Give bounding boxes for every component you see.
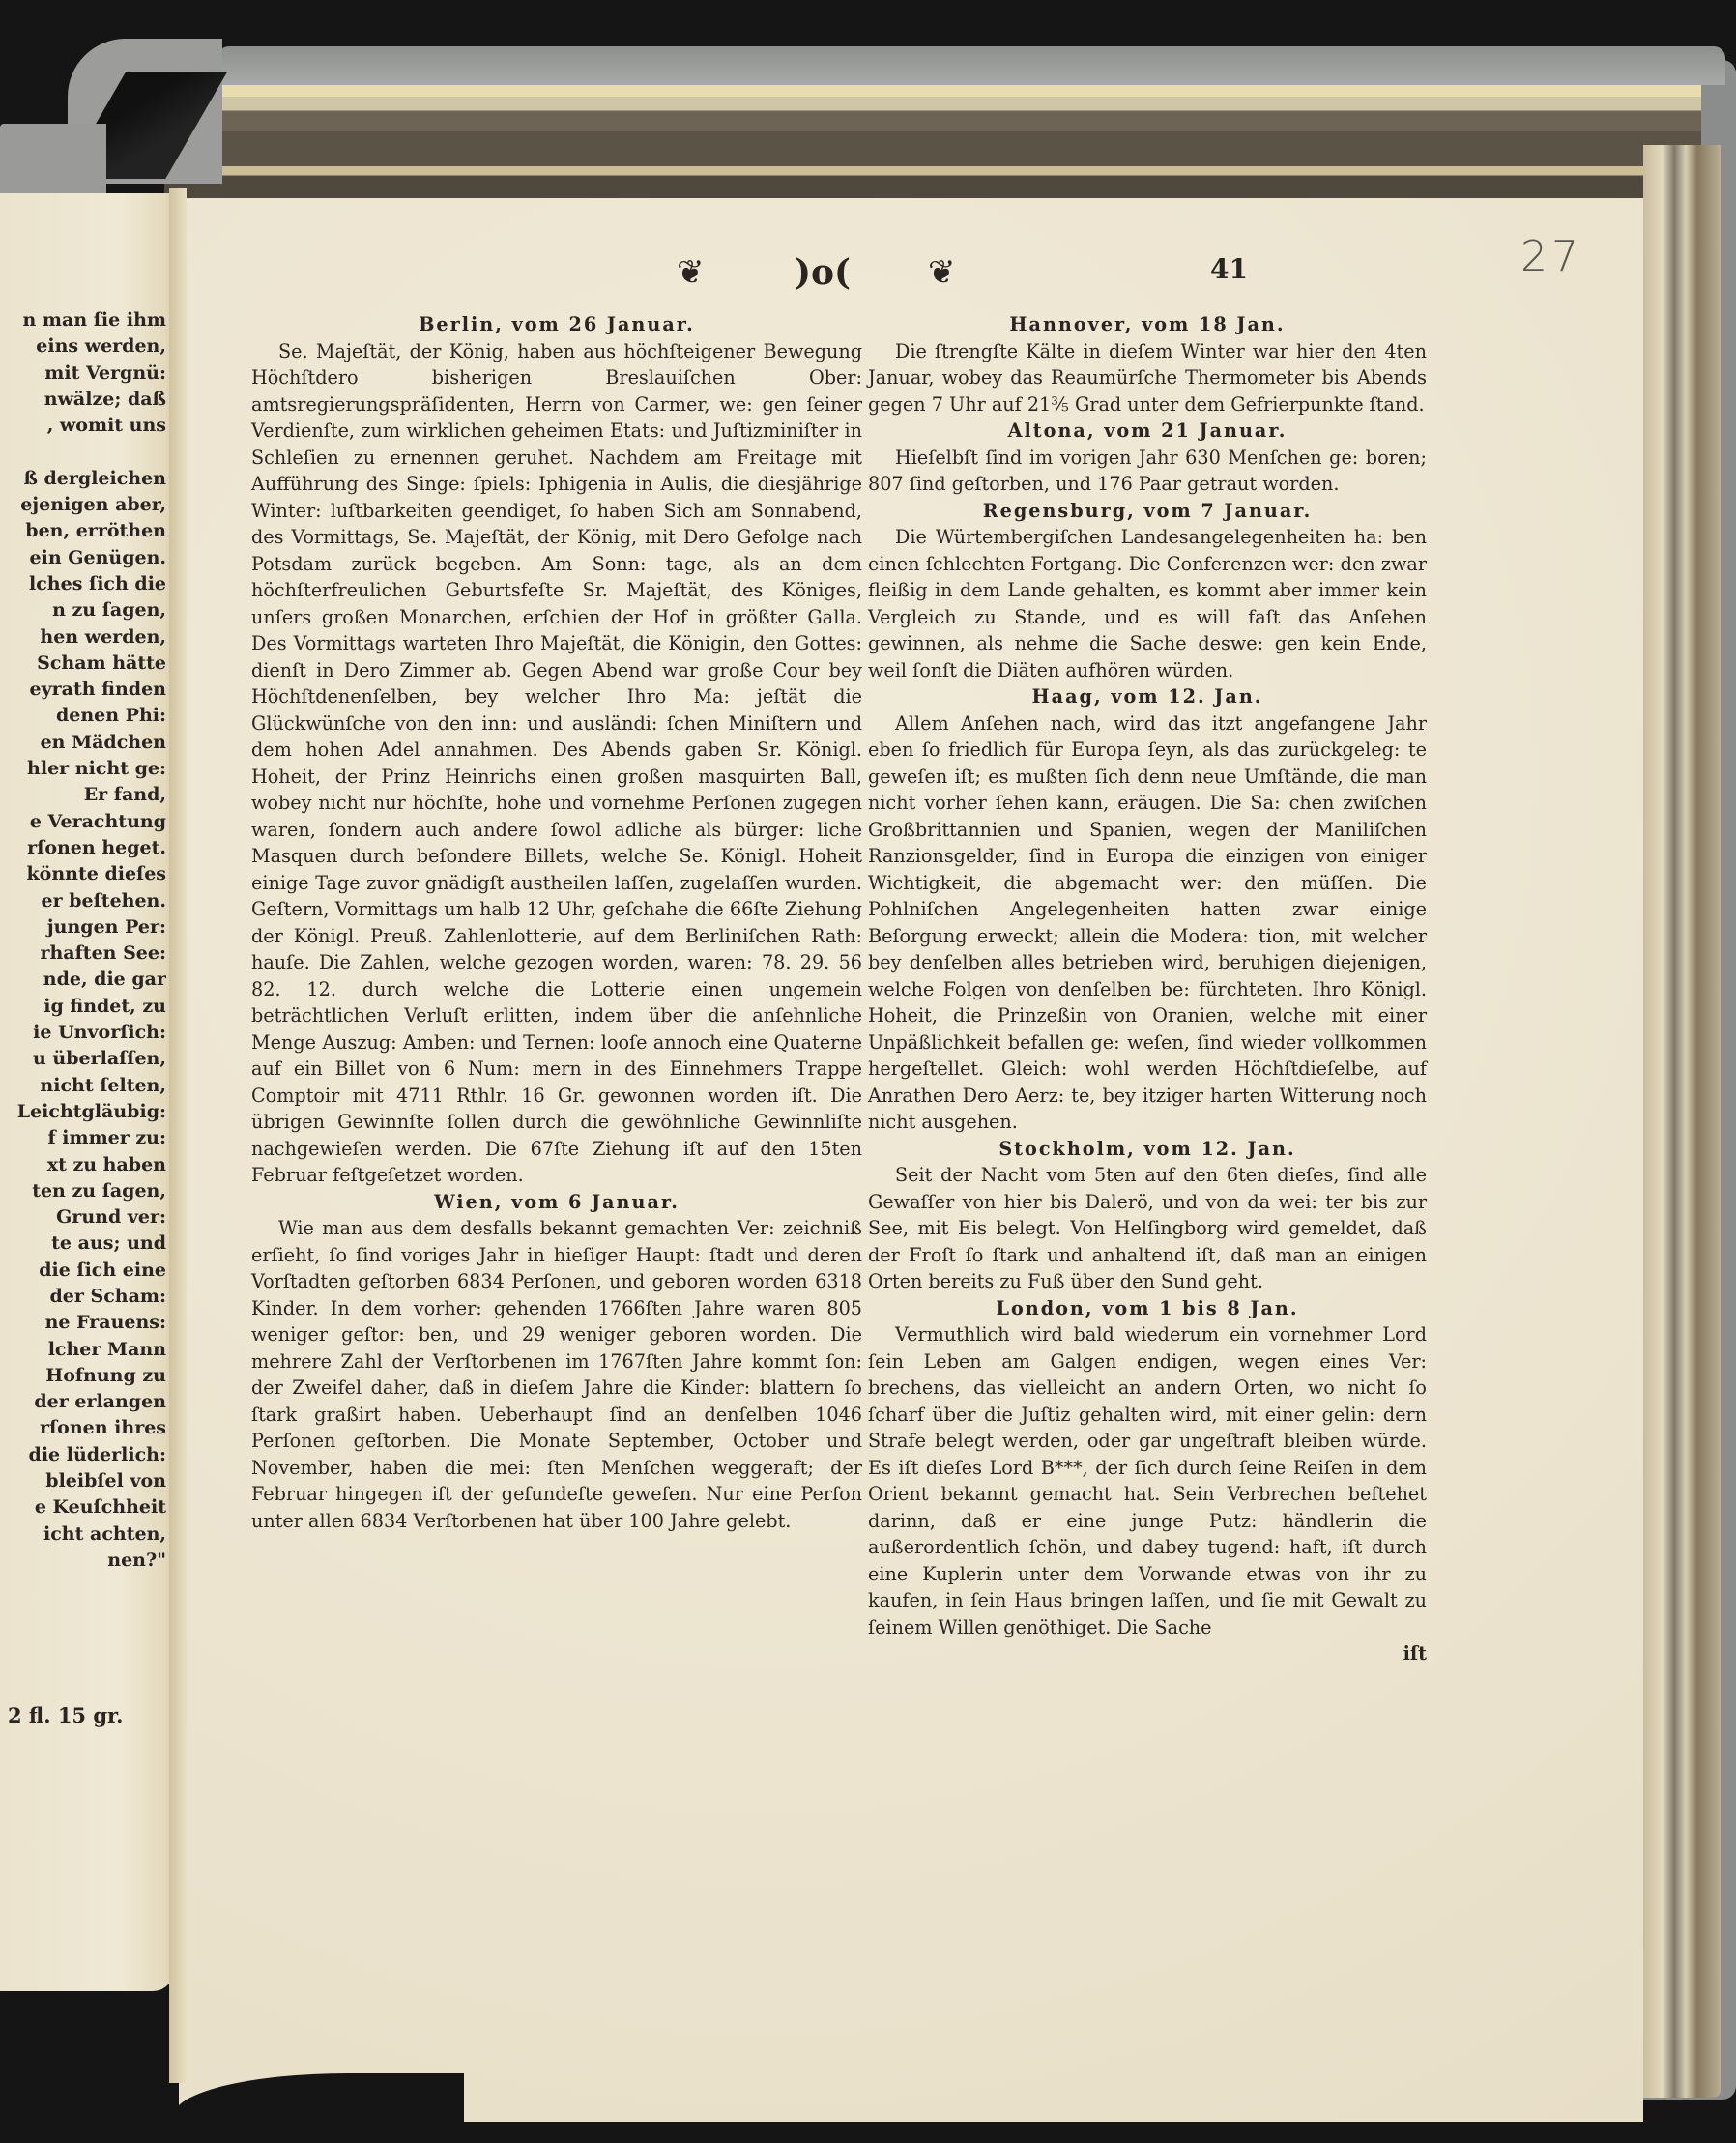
article-dateline: Berlin, vom 26 Januar.: [251, 311, 862, 338]
header-ornaments: ❦ )o( ❦: [677, 253, 986, 302]
fragment-line: rhaften See:: [0, 941, 166, 967]
page-edges-right: [1643, 145, 1721, 2098]
fragment-line: nwälze; daß: [0, 387, 166, 413]
price-line: 2 fl. 15 gr.: [8, 1703, 123, 1727]
article-paragraph: Die ſtrengſte Kälte in dieſem Winter war…: [868, 338, 1427, 419]
page-block-top-edge: [164, 85, 1701, 201]
article-paragraph: Die Würtembergiſchen Landesangelegenheit…: [868, 524, 1427, 683]
fragment-line: e Keuſchheit: [0, 1494, 166, 1520]
article-dateline: Regensburg, vom 7 Januar.: [868, 498, 1427, 525]
book-cover-left: [0, 124, 106, 201]
fragment-line: xt zu haben: [0, 1152, 166, 1178]
fragment-line: eyrath finden: [0, 677, 166, 703]
shell-ornament-icon: ❦: [677, 253, 705, 292]
fragment-line: ß dergleichen: [0, 466, 166, 492]
fragment-line: ne Frauens:: [0, 1310, 166, 1336]
article-dateline: London, vom 1 bis 8 Jan.: [868, 1295, 1427, 1322]
fragment-line: lches ſich die: [0, 571, 166, 597]
fragment-line: nen?": [0, 1548, 166, 1574]
fragment-line: u überlaſſen,: [0, 1046, 166, 1072]
gutter: [169, 188, 187, 2083]
fragment-line: Er fand,: [0, 782, 166, 808]
fragment-line: nicht ſelten,: [0, 1073, 166, 1099]
fragment-line: jungen Per:: [0, 914, 166, 941]
article-dateline: Haag, vom 12. Jan.: [868, 683, 1427, 710]
shell-ornament-icon: ❦: [928, 253, 956, 292]
fragment-line: rſonen heget.: [0, 835, 166, 861]
fragment-line: bleibſel von: [0, 1468, 166, 1494]
catchword: iſt: [868, 1640, 1427, 1667]
fragment-line: ie Unvorſich:: [0, 1020, 166, 1046]
article-paragraph: Wie man aus dem desfalls bekannt gemacht…: [251, 1215, 862, 1534]
fragment-line: denen Phi:: [0, 703, 166, 729]
article-paragraph: Se. Majeſtät, der König, haben aus höchſ…: [251, 338, 862, 1189]
fragment-line: [0, 439, 166, 465]
fragment-line: n man ſie ihm: [0, 307, 166, 333]
fragment-line: der Scham:: [0, 1284, 166, 1310]
fragment-line: e Verachtung: [0, 809, 166, 835]
fragment-line: mit Vergnü:: [0, 361, 166, 387]
fragment-line: ein Genügen.: [0, 545, 166, 571]
fragment-line: Leichtgläubig:: [0, 1099, 166, 1125]
fragment-line: , womit uns: [0, 413, 166, 439]
fragment-line: ten zu ſagen,: [0, 1178, 166, 1204]
left-column: Berlin, vom 26 Januar.Se. Majeſtät, der …: [251, 311, 862, 1534]
fragment-line: lcher Mann: [0, 1337, 166, 1363]
fragment-line: ig findet, zu: [0, 994, 166, 1020]
page-number: 41: [1210, 253, 1248, 285]
fragment-line: icht achten,: [0, 1521, 166, 1548]
fragment-line: eins werden,: [0, 333, 166, 360]
fragment-line: ben, erröthen: [0, 518, 166, 544]
left-page-text-fragment: n man ſie ihmeins werden,mit Vergnü:nwäl…: [0, 307, 166, 1574]
article-paragraph: Hieſelbſt ſind im vorigen Jahr 630 Menſc…: [868, 445, 1427, 498]
article-dateline: Stockholm, vom 12. Jan.: [868, 1136, 1427, 1163]
fragment-line: Grund ver:: [0, 1204, 166, 1231]
fragment-line: der erlangen: [0, 1389, 166, 1415]
fragment-line: f immer zu:: [0, 1125, 166, 1151]
fragment-line: nde, die gar: [0, 967, 166, 993]
fragment-line: die lüderlich:: [0, 1442, 166, 1468]
article-paragraph: Seit der Nacht vom 5ten auf den 6ten die…: [868, 1162, 1427, 1295]
article-dateline: Wien, vom 6 Januar.: [251, 1189, 862, 1216]
fragment-line: en Mädchen: [0, 730, 166, 756]
fragment-line: Hofnung zu: [0, 1363, 166, 1389]
fragment-line: n zu ſagen,: [0, 597, 166, 623]
article-dateline: Altona, vom 21 Januar.: [868, 418, 1427, 445]
article-dateline: Hannover, vom 18 Jan.: [868, 311, 1427, 338]
article-paragraph: Vermuthlich wird bald wiederum ein vorne…: [868, 1321, 1427, 1640]
book-headband: [217, 46, 1725, 85]
separator-ornament: )o(: [795, 253, 851, 292]
fragment-line: Scham hätte: [0, 651, 166, 677]
fragment-line: er beſtehen.: [0, 888, 166, 914]
pencil-folio-number: 27: [1520, 232, 1582, 281]
fragment-line: die ſich eine: [0, 1258, 166, 1284]
article-paragraph: Allem Anſehen nach, wird das itzt angefa…: [868, 710, 1427, 1136]
fragment-line: ejenigen aber,: [0, 492, 166, 518]
fragment-line: könnte dieſes: [0, 861, 166, 887]
fragment-line: rſonen ihres: [0, 1415, 166, 1441]
fragment-line: hen werden,: [0, 624, 166, 651]
fragment-line: te aus; und: [0, 1231, 166, 1257]
right-column: Hannover, vom 18 Jan.Die ſtrengſte Kälte…: [868, 311, 1427, 1667]
fragment-line: hler nicht ge:: [0, 756, 166, 782]
